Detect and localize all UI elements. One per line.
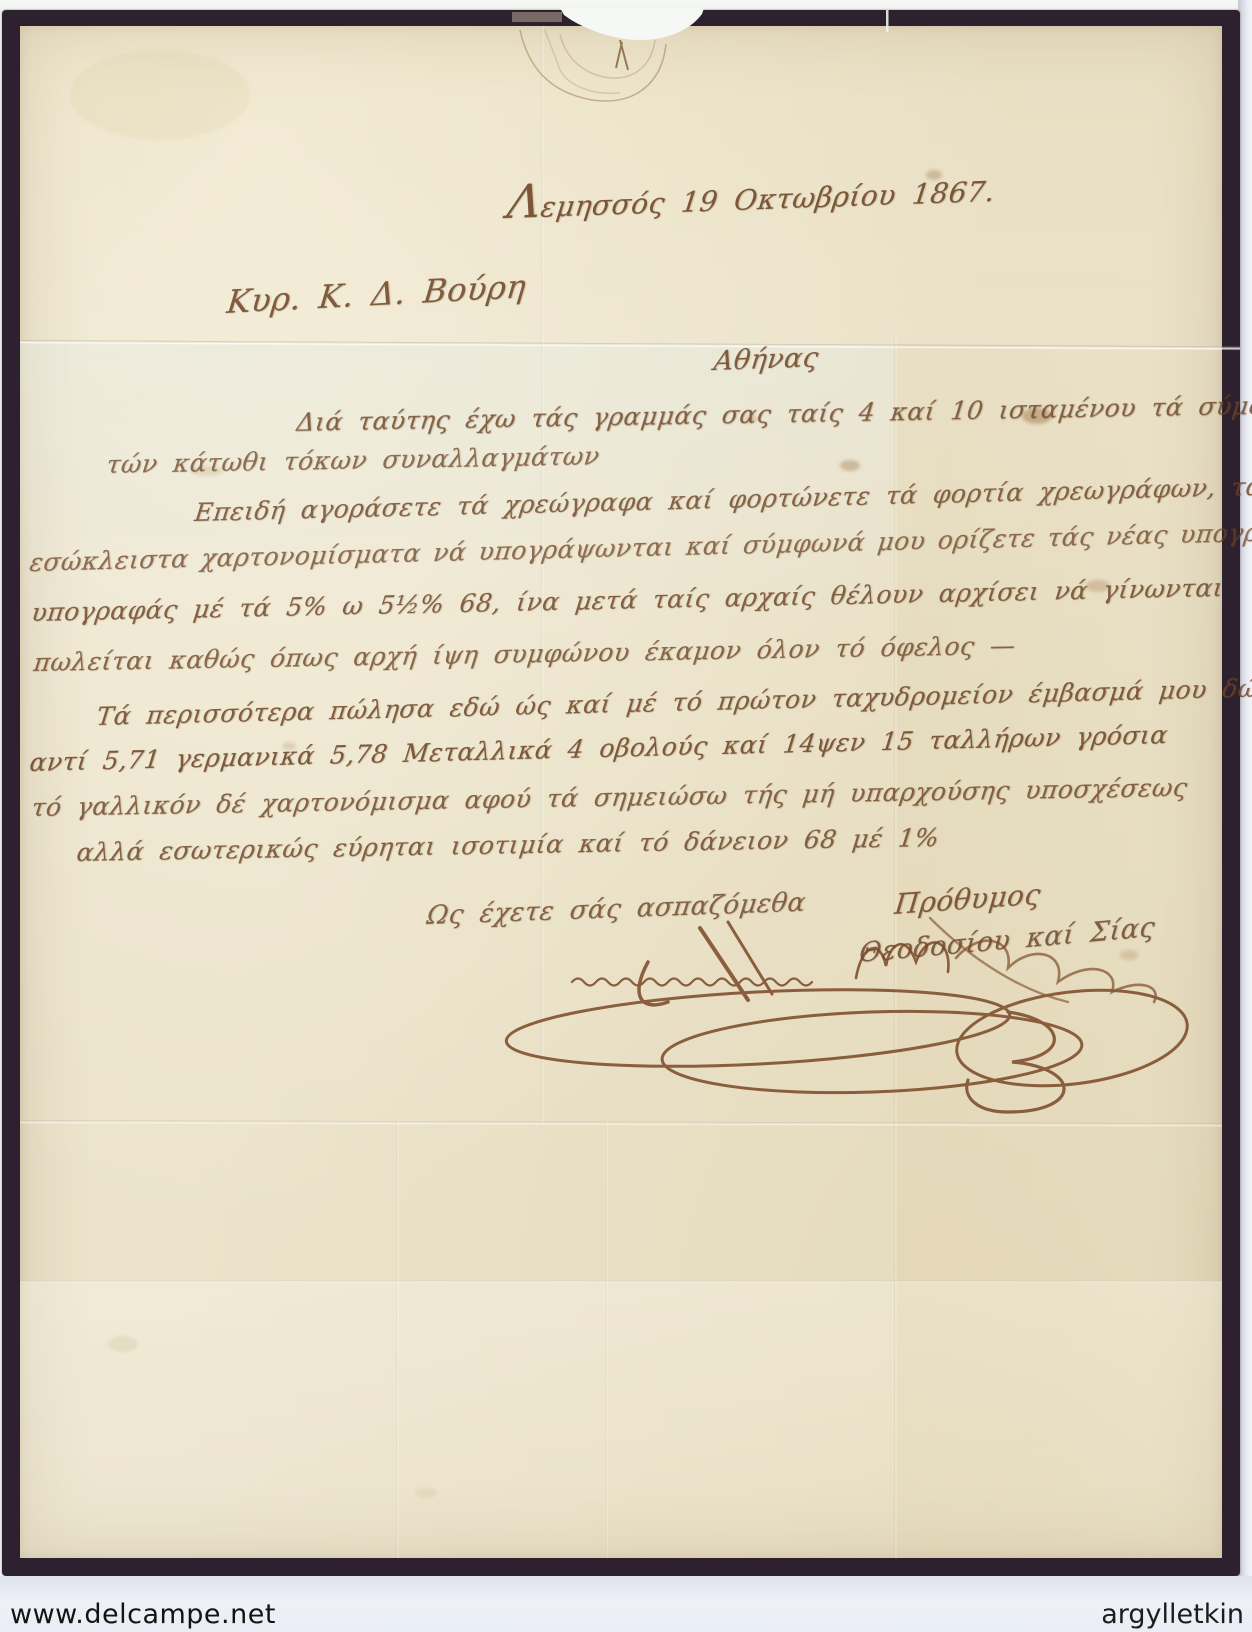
handwriting-line: Επειδή αγοράσετε τά χρεώγραφα καί φορτών… <box>193 472 1252 527</box>
handwritten-text-layer: Λεμησσός 19 Οκτωβρίου 1867. Κυρ. Κ. Δ. Β… <box>0 0 1252 1632</box>
watermark-seller: argylletkin <box>1101 1599 1244 1630</box>
closing-phrase: Ως έχετε σάς ασπαζόμεθα <box>425 888 808 931</box>
watermark-strip: www.delcampe.net argylletkin <box>0 1576 1252 1632</box>
closing-word: Πρόθυμος <box>893 877 1043 921</box>
handwriting-line: αντί 5,71 γερμανικά 5,78 Μεταλλικά 4 οβο… <box>28 720 1170 777</box>
handwriting-line: Διά ταύτης έχω τάς γραμμάς σας ταίς 4 κα… <box>295 390 1252 437</box>
handwriting-line: πωλείται καθώς όπως αρχή ίψη συμφώνου έκ… <box>32 631 1017 677</box>
signature-name: Θεοδοσίου καί Σίας <box>858 912 1156 969</box>
scanned-letter-photo: Λεμησσός 19 Οκτωβρίου 1867. Κυρ. Κ. Δ. Β… <box>0 0 1252 1632</box>
handwriting-line: αλλά εσωτερικώς εύρηται ισοτιμία καί τό … <box>75 823 941 867</box>
place-line: Αθήνας <box>712 342 820 377</box>
handwriting-line: υπογραφάς μέ τά 5% ω 5½% 68, ίνα μετά τα… <box>30 573 1225 627</box>
handwriting-line: τών κάτωθι τόκων συναλλαγμάτων <box>105 441 601 479</box>
dateline: Λεμησσός 19 Οκτωβρίου 1867. <box>505 175 997 225</box>
dateline-text: εμησσός 19 Οκτωβρίου 1867. <box>539 175 997 224</box>
watermark-delcampe: www.delcampe.net <box>10 1599 276 1630</box>
addressee-line: Κυρ. Κ. Δ. Βούρη <box>225 267 528 321</box>
handwriting-line: τό γαλλικόν δέ χαρτονόμισμα αφού τά σημε… <box>30 773 1189 822</box>
